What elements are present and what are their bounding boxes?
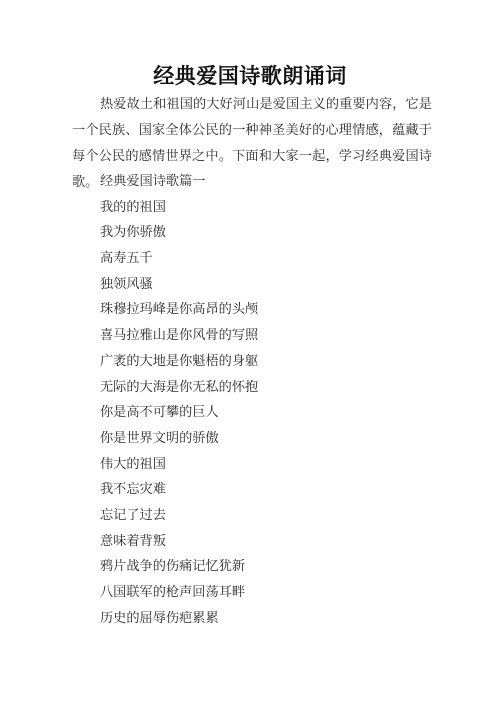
poem-line: 历史的屈辱伤疤累累 — [100, 606, 258, 632]
poem-line: 忘记了过去 — [100, 503, 258, 529]
poem-line: 鸦片战争的伤痛记忆犹新 — [100, 554, 258, 580]
poem-line: 你是高不可攀的巨人 — [100, 400, 258, 426]
poem-line: 独领风骚 — [100, 272, 258, 298]
poem-heading: 经典爱国诗歌篇一 — [100, 169, 258, 195]
poem-line: 八国联军的枪声回荡耳畔 — [100, 580, 258, 606]
poem-line: 高寿五千 — [100, 246, 258, 272]
poem-line: 无际的大海是你无私的怀抱 — [100, 375, 258, 401]
poem-line: 珠穆拉玛峰是你高昂的头颅 — [100, 297, 258, 323]
document-title: 经典爱国诗歌朗诵词 — [0, 60, 500, 90]
poem-lines: 经典爱国诗歌篇一 我的的祖国 我为你骄傲 高寿五千 独领风骚 珠穆拉玛峰是你高昂… — [100, 169, 258, 631]
poem-line: 我为你骄傲 — [100, 220, 258, 246]
poem-line: 伟大的祖国 — [100, 452, 258, 478]
poem-line: 意味着背叛 — [100, 529, 258, 555]
poem-line: 喜马拉雅山是你风骨的写照 — [100, 323, 258, 349]
poem-line: 我不忘灾难 — [100, 477, 258, 503]
poem-line: 我的的祖国 — [100, 195, 258, 221]
poem-line: 广袤的大地是你魁梧的身躯 — [100, 349, 258, 375]
poem-line: 你是世界文明的骄傲 — [100, 426, 258, 452]
